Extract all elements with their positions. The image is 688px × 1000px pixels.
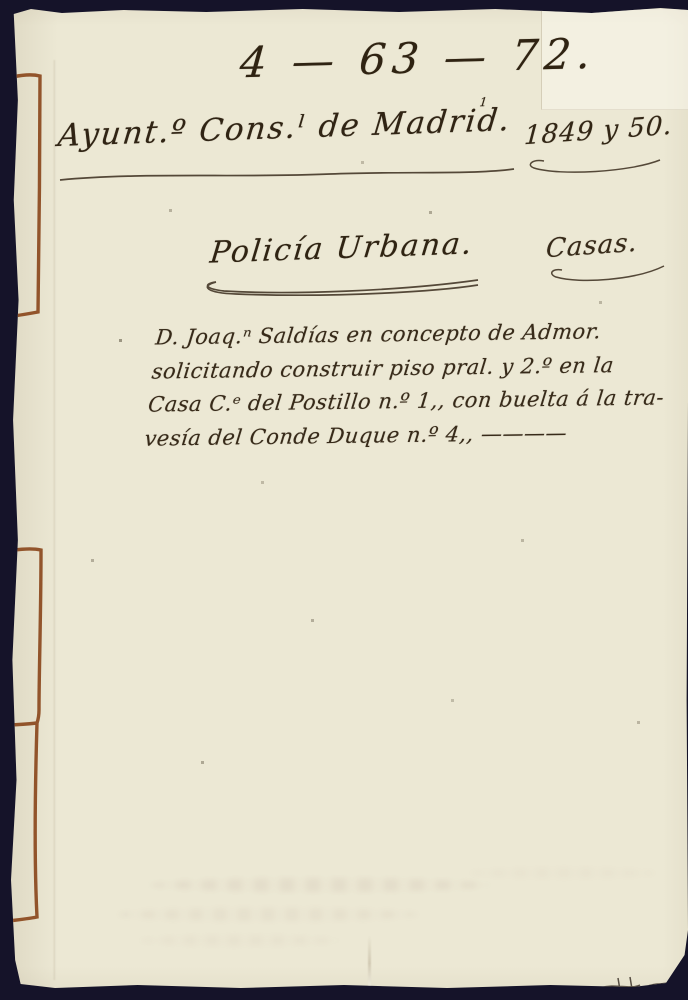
ink-bleedthrough: [470, 868, 655, 878]
petition-summary: D. Joaq.ⁿ Saldías en concepto de Admor. …: [143, 314, 673, 455]
header-annotation-mark: 1: [479, 95, 488, 109]
section-category: Casas.: [545, 228, 639, 265]
header-underline-flourish: [60, 169, 514, 180]
thread-stitch-top: [6, 75, 40, 317]
thread-stitch-bottom: [7, 549, 41, 921]
section-underline-flourish: [207, 280, 478, 295]
years-underline-flourish: [530, 160, 660, 172]
category-underline-flourish: [552, 266, 664, 280]
manuscript-page: 4 — 63 — 72. Ayunt.º Cons.ˡ de Madrid. 1…: [0, 0, 688, 1000]
ink-bleedthrough: [118, 908, 418, 921]
section-title: Policía Urbana.: [208, 226, 475, 270]
file-number: 4 — 63 — 72.: [238, 30, 562, 87]
body-line: vesía del Conde Duque n.º 4,, ————: [143, 415, 663, 456]
ink-bleedthrough: [140, 935, 340, 946]
scan-area: 4 — 63 — 72. Ayunt.º Cons.ˡ de Madrid. 1…: [0, 0, 688, 1000]
fold-crease: [53, 60, 56, 980]
ink-bleedthrough: [150, 878, 490, 892]
edge-ink-stroke: [600, 977, 672, 990]
header-office: Ayunt.º Cons.ˡ de Madrid. 1: [56, 102, 513, 154]
header-office-text: Ayunt.º Cons.ˡ de Madrid.: [56, 102, 513, 154]
paper-specks: [0, 0, 1, 1]
bottom-crease: [368, 936, 371, 990]
header-years: 1849 y 50.: [523, 111, 673, 152]
